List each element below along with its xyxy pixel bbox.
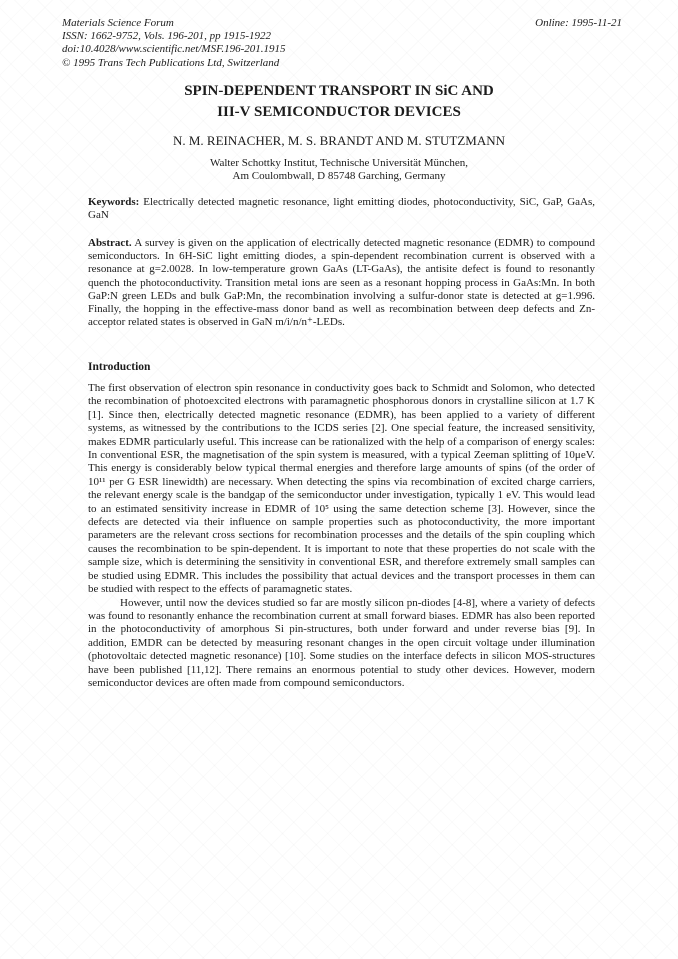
affiliation-line2: Am Coulombwall, D 85748 Garching, German… xyxy=(0,170,678,183)
keywords-label: Keywords: xyxy=(88,196,139,208)
introduction-paragraph-2: However, until now the devices studied s… xyxy=(88,597,595,691)
paper-title: SPIN-DEPENDENT TRANSPORT IN SiC AND III-… xyxy=(0,81,678,122)
journal-header: Materials Science Forum ISSN: 1662-9752,… xyxy=(62,17,286,70)
affiliation: Walter Schottky Institut, Technische Uni… xyxy=(0,157,678,183)
journal-name: Materials Science Forum xyxy=(62,17,286,30)
introduction-paragraph-1: The first observation of electron spin r… xyxy=(88,382,595,597)
abstract-block: Abstract. A survey is given on the appli… xyxy=(88,237,595,329)
copyright-line: © 1995 Trans Tech Publications Ltd, Swit… xyxy=(62,57,286,70)
doi-line: doi:10.4028/www.scientific.net/MSF.196-2… xyxy=(62,43,286,56)
paper-title-line1: SPIN-DEPENDENT TRANSPORT IN SiC AND xyxy=(0,81,678,102)
paper-title-line2: III-V SEMICONDUCTOR DEVICES xyxy=(0,102,678,123)
affiliation-line1: Walter Schottky Institut, Technische Uni… xyxy=(0,157,678,170)
abstract-label: Abstract. xyxy=(88,237,132,249)
paper-page: Materials Science Forum ISSN: 1662-9752,… xyxy=(0,0,678,959)
abstract-text: A survey is given on the application of … xyxy=(88,237,595,328)
section-heading-introduction: Introduction xyxy=(88,361,595,374)
keywords-block: Keywords: Electrically detected magnetic… xyxy=(88,196,595,222)
authors: N. M. REINACHER, M. S. BRANDT AND M. STU… xyxy=(0,133,678,148)
introduction-body: The first observation of electron spin r… xyxy=(88,382,595,690)
issn-line: ISSN: 1662-9752, Vols. 196-201, pp 1915-… xyxy=(62,30,286,43)
online-date: Online: 1995-11-21 xyxy=(535,17,622,30)
keywords-text: Electrically detected magnetic resonance… xyxy=(88,196,595,221)
